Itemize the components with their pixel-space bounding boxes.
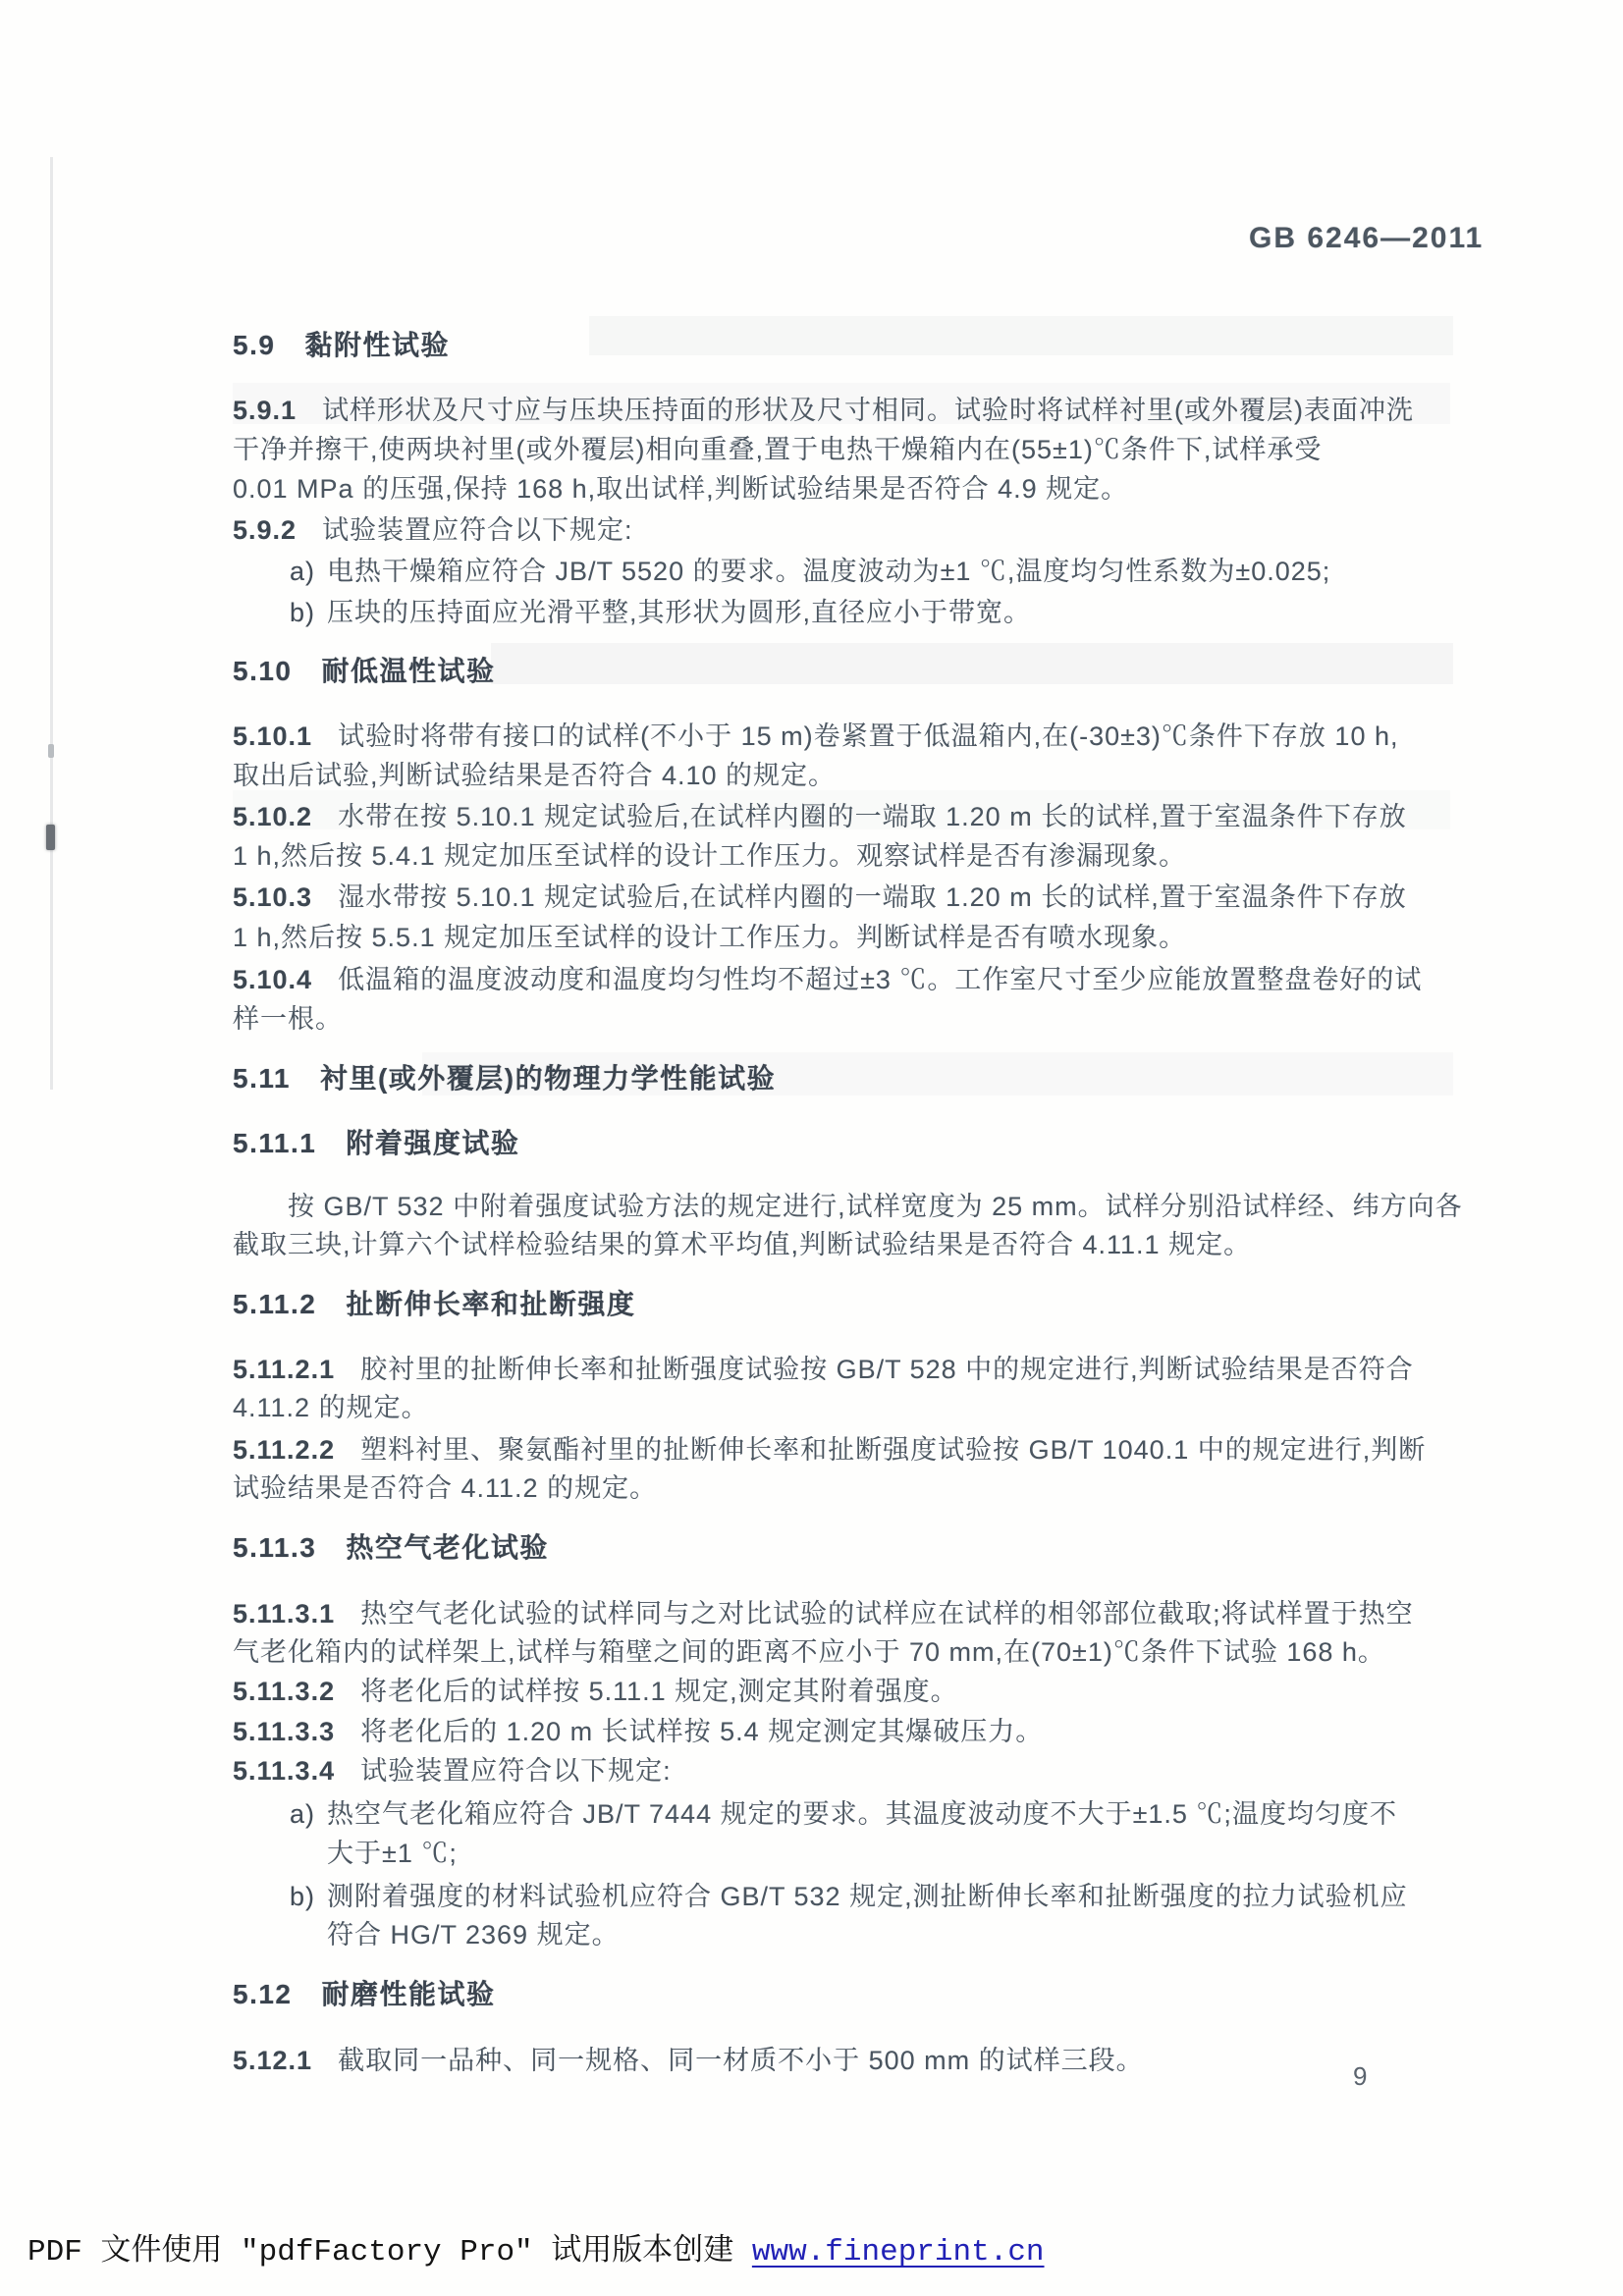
scan-band — [589, 316, 1453, 355]
section-heading-5-9: 5.9黏附性试验 — [233, 324, 450, 363]
list-text: 测附着强度的材料试验机应符合 GB/T 532 规定,测扯断伸长率和扯断强度的拉… — [327, 1882, 1408, 1911]
clause-title: 耐低温性试验 — [322, 656, 496, 686]
paragraph-text: 试验结果是否符合 4.11.2 的规定。 — [233, 1473, 657, 1503]
clause-title: 黏附性试验 — [304, 330, 450, 360]
clause-number: 5.10.2 — [233, 802, 312, 831]
page-number: 9 — [1353, 2061, 1367, 2092]
paragraph-line: 5.11.3.3将老化后的 1.20 m 长试样按 5.4 规定测定其爆破压力。 — [233, 1710, 1043, 1748]
section-heading-5-11-1: 5.11.1附着强度试验 — [233, 1122, 519, 1161]
paragraph-line: 0.01 MPa 的压强,保持 168 h,取出试样,判断试验结果是否符合 4.… — [233, 467, 1128, 506]
paragraph-text: 热空气老化试验的试样同与之对比试验的试样应在试样的相邻部位截取;将试样置于热空 — [360, 1599, 1414, 1629]
paragraph-line: 5.12.1截取同一品种、同一规格、同一材质不小于 500 mm 的试样三段。 — [233, 2039, 1144, 2077]
paragraph-line: 5.11.3.2将老化后的试样按 5.11.1 规定,测定其附着强度。 — [233, 1670, 958, 1708]
section-heading-5-11: 5.11衬里(或外覆层)的物理力学性能试验 — [233, 1057, 776, 1096]
scan-speck — [48, 744, 54, 758]
paragraph-line: 5.9.1试样形状及尺寸应与压块压持面的形状及尺寸相同。试验时将试样衬里(或外覆… — [233, 389, 1414, 427]
paragraph-line: 5.11.2.1胶衬里的扯断伸长率和扯断强度试验按 GB/T 528 中的规定进… — [233, 1348, 1414, 1386]
paragraph-text: 0.01 MPa 的压强,保持 168 h,取出试样,判断试验结果是否符合 4.… — [233, 474, 1128, 504]
clause-number: 5.11.3 — [233, 1532, 316, 1563]
paragraph-text: 将老化后的 1.20 m 长试样按 5.4 规定测定其爆破压力。 — [360, 1717, 1043, 1746]
watermark-text: PDF 文件使用 "pdfFactory Pro" 试用版本创建 — [27, 2235, 752, 2269]
clause-number: 5.12.1 — [233, 2046, 312, 2075]
paragraph-line: 干净并擦干,使两块衬里(或外覆层)相向重叠,置于电热干燥箱内在(55±1)℃条件… — [233, 428, 1322, 466]
list-text: 热空气老化箱应符合 JB/T 7444 规定的要求。其温度波动度不大于±1.5 … — [327, 1799, 1397, 1829]
paragraph-line: 4.11.2 的规定。 — [233, 1386, 429, 1424]
clause-number: 5.9.1 — [233, 396, 297, 425]
list-text: 压块的压持面应光滑平整,其形状为圆形,直径应小于带宽。 — [327, 598, 1031, 627]
paragraph-line: 5.9.2试验装置应符合以下规定: — [233, 508, 633, 547]
paragraph-line: 1 h,然后按 5.4.1 规定加压至试样的设计工作压力。观察试样是否有渗漏现象… — [233, 834, 1186, 873]
paragraph-text: 4.11.2 的规定。 — [233, 1393, 429, 1422]
paragraph-text: 将老化后的试样按 5.11.1 规定,测定其附着强度。 — [360, 1677, 958, 1706]
paragraph-text: 干净并擦干,使两块衬里(或外覆层)相向重叠,置于电热干燥箱内在(55±1)℃条件… — [233, 435, 1322, 464]
list-text: 大于±1 ℃; — [327, 1839, 458, 1868]
list-text: 电热干燥箱应符合 JB/T 5520 的要求。温度波动为±1 ℃,温度均匀性系数… — [327, 557, 1330, 586]
paragraph-line: 5.10.4低温箱的温度波动度和温度均匀性均不超过±3 ℃。工作室尺寸至少应能放… — [233, 958, 1422, 996]
clause-number: 5.11 — [233, 1063, 291, 1094]
list-item: a)热空气老化箱应符合 JB/T 7444 规定的要求。其温度波动度不大于±1.… — [290, 1792, 1397, 1831]
paragraph-text: 1 h,然后按 5.5.1 规定加压至试样的设计工作压力。判断试样是否有喷水现象… — [233, 923, 1186, 952]
clause-number: 5.11.3.4 — [233, 1756, 335, 1786]
scan-band — [491, 643, 1453, 684]
paragraph-text: 试样形状及尺寸应与压块压持面的形状及尺寸相同。试验时将试样衬里(或外覆层)表面冲… — [322, 396, 1414, 425]
scan-mark — [46, 825, 55, 850]
paragraph-text: 湿水带按 5.10.1 规定试验后,在试样内圈的一端取 1.20 m 长的试样,… — [338, 882, 1407, 912]
clause-number: 5.11.2.1 — [233, 1355, 335, 1384]
standard-number-header: GB 6246—2011 — [1249, 222, 1484, 255]
paragraph-line: 5.10.3湿水带按 5.10.1 规定试验后,在试样内圈的一端取 1.20 m… — [233, 876, 1407, 914]
list-item: a)电热干燥箱应符合 JB/T 5520 的要求。温度波动为±1 ℃,温度均匀性… — [290, 550, 1330, 588]
section-heading-5-11-3: 5.11.3热空气老化试验 — [233, 1526, 549, 1566]
list-marker: a) — [290, 1799, 327, 1830]
clause-number: 5.10.4 — [233, 965, 312, 994]
paragraph-line: 取出后试验,判断试验结果是否符合 4.10 的规定。 — [233, 754, 836, 792]
paragraph-line: 5.11.3.4试验装置应符合以下规定: — [233, 1749, 672, 1788]
section-heading-5-11-2: 5.11.2扯断伸长率和扯断强度 — [233, 1283, 635, 1322]
paragraph-text: 1 h,然后按 5.4.1 规定加压至试样的设计工作压力。观察试样是否有渗漏现象… — [233, 841, 1186, 871]
list-marker: a) — [290, 557, 327, 587]
paragraph-text: 胶衬里的扯断伸长率和扯断强度试验按 GB/T 528 中的规定进行,判断试验结果… — [360, 1355, 1414, 1384]
clause-number: 5.11.1 — [233, 1128, 316, 1158]
pdffactory-watermark: PDF 文件使用 "pdfFactory Pro" 试用版本创建 www.fin… — [27, 2224, 1045, 2269]
paragraph-text: 按 GB/T 532 中附着强度试验方法的规定进行,试样宽度为 25 mm。试样… — [288, 1192, 1463, 1221]
paragraph-text: 塑料衬里、聚氨酯衬里的扯断伸长率和扯断强度试验按 GB/T 1040.1 中的规… — [360, 1435, 1426, 1465]
clause-number: 5.11.3.3 — [233, 1717, 335, 1746]
clause-title: 衬里(或外覆层)的物理力学性能试验 — [320, 1063, 776, 1094]
paragraph-line: 5.11.3.1热空气老化试验的试样同与之对比试验的试样应在试样的相邻部位截取;… — [233, 1592, 1414, 1630]
paragraph-text: 气老化箱内的试样架上,试样与箱壁之间的距离不应小于 70 mm,在(70±1)℃… — [233, 1637, 1385, 1667]
clause-title: 附着强度试验 — [346, 1128, 519, 1158]
scanned-standard-page: GB 6246—2011 5.9黏附性试验 5.9.1试样形状及尺寸应与压块压持… — [0, 0, 1623, 2296]
paragraph-text: 试验装置应符合以下规定: — [360, 1756, 672, 1786]
list-item-continuation: 大于±1 ℃; — [327, 1832, 458, 1870]
paragraph-text: 试验装置应符合以下规定: — [322, 515, 633, 545]
paragraph-line: 按 GB/T 532 中附着强度试验方法的规定进行,试样宽度为 25 mm。试样… — [288, 1185, 1463, 1223]
list-text: 符合 HG/T 2369 规定。 — [327, 1920, 620, 1949]
clause-title: 热空气老化试验 — [346, 1532, 549, 1563]
clause-number: 5.11.2.2 — [233, 1435, 335, 1465]
clause-number: 5.12 — [233, 1979, 293, 2009]
clause-number: 5.10.1 — [233, 721, 312, 751]
paragraph-line: 试验结果是否符合 4.11.2 的规定。 — [233, 1467, 657, 1505]
clause-number: 5.9.2 — [233, 515, 297, 545]
clause-number: 5.11.3.2 — [233, 1677, 335, 1706]
paragraph-text: 样一根。 — [233, 1004, 343, 1034]
paragraph-line: 1 h,然后按 5.5.1 规定加压至试样的设计工作压力。判断试样是否有喷水现象… — [233, 916, 1186, 954]
list-marker: b) — [290, 1882, 327, 1912]
list-item: b)压块的压持面应光滑平整,其形状为圆形,直径应小于带宽。 — [290, 591, 1031, 629]
paragraph-line: 5.10.1试验时将带有接口的试样(不小于 15 m)卷紧置于低温箱内,在(-3… — [233, 715, 1398, 753]
paragraph-text: 取出后试验,判断试验结果是否符合 4.10 的规定。 — [233, 761, 836, 790]
clause-number: 5.9 — [233, 330, 275, 360]
clause-number: 5.10 — [233, 656, 293, 686]
list-item-continuation: 符合 HG/T 2369 规定。 — [327, 1913, 620, 1951]
clause-number: 5.11.2 — [233, 1289, 316, 1319]
fineprint-link[interactable]: www.fineprint.cn — [752, 2235, 1045, 2269]
section-heading-5-10: 5.10耐低温性试验 — [233, 650, 496, 689]
paragraph-line: 5.10.2水带在按 5.10.1 规定试验后,在试样内圈的一端取 1.20 m… — [233, 795, 1407, 833]
paragraph-text: 低温箱的温度波动度和温度均匀性均不超过±3 ℃。工作室尺寸至少应能放置整盘卷好的… — [338, 965, 1422, 994]
paragraph-text: 水带在按 5.10.1 规定试验后,在试样内圈的一端取 1.20 m 长的试样,… — [338, 802, 1407, 831]
list-item: b)测附着强度的材料试验机应符合 GB/T 532 规定,测扯断伸长率和扯断强度… — [290, 1875, 1408, 1913]
section-heading-5-12: 5.12耐磨性能试验 — [233, 1973, 496, 2012]
list-marker: b) — [290, 598, 327, 628]
clause-number: 5.11.3.1 — [233, 1599, 335, 1629]
paragraph-line: 截取三块,计算六个试样检验结果的算术平均值,判断试验结果是否符合 4.11.1 … — [233, 1223, 1251, 1261]
scan-edge-line — [50, 157, 53, 1090]
clause-title: 扯断伸长率和扯断强度 — [346, 1289, 635, 1319]
paragraph-text: 试验时将带有接口的试样(不小于 15 m)卷紧置于低温箱内,在(-30±3)℃条… — [338, 721, 1398, 751]
clause-number: 5.10.3 — [233, 882, 312, 912]
clause-title: 耐磨性能试验 — [322, 1979, 496, 2009]
paragraph-text: 截取同一品种、同一规格、同一材质不小于 500 mm 的试样三段。 — [338, 2046, 1144, 2075]
paragraph-text: 截取三块,计算六个试样检验结果的算术平均值,判断试验结果是否符合 4.11.1 … — [233, 1230, 1251, 1259]
paragraph-line: 5.11.2.2塑料衬里、聚氨酯衬里的扯断伸长率和扯断强度试验按 GB/T 10… — [233, 1428, 1426, 1467]
paragraph-line: 气老化箱内的试样架上,试样与箱壁之间的距离不应小于 70 mm,在(70±1)℃… — [233, 1630, 1385, 1669]
paragraph-line: 样一根。 — [233, 997, 343, 1036]
